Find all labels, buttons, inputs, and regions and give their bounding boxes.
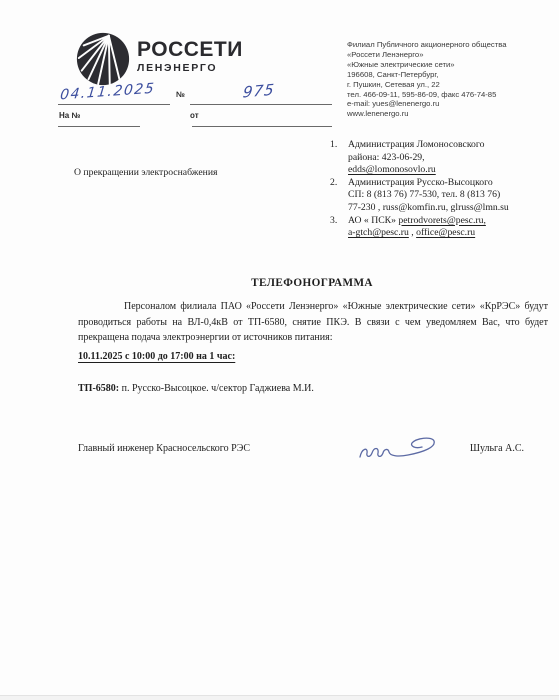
recipient-text: Администрация Ломоносовскогорайона: 423-… (348, 139, 556, 177)
recipient-text: Администрация Русско-ВысоцкогоСП: 8 (813… (348, 177, 556, 215)
number-underline (190, 104, 332, 105)
signature-row: Главный инженер Красносельского РЭС Шуль… (78, 443, 524, 454)
substation-label: ТП-6580: (78, 383, 119, 394)
org-address-line: «Россети Ленэнерго» (347, 50, 537, 60)
ref-from-label: от (190, 111, 199, 120)
org-address-line: Филиал Публичного акционерного общества (347, 40, 537, 50)
ref-number-label: На № (59, 111, 80, 120)
logo-brand-text: РОССЕТИ (137, 39, 243, 60)
handwritten-number: 975 (242, 80, 276, 101)
rosseti-logo: РОССЕТИ ЛЕНЭНЕРГО (137, 39, 243, 74)
org-address-line: www.lenenergo.ru (347, 109, 537, 119)
substation-line: ТП-6580: п. Русско-Высоцкое. ч/сектор Га… (78, 383, 314, 394)
signer-name: Шульга А.С. (470, 443, 524, 454)
recipient-list: 1.Администрация Ломоносовскогорайона: 42… (330, 139, 556, 240)
org-address-line: г. Пушкин, Сетевая ул., 22 (347, 80, 537, 90)
subject-line: О прекращении электроснабжения (74, 167, 217, 178)
email-text: office@pesc.ru (416, 227, 475, 238)
recipient-item: 3.АО « ПСК» petrodvorets@pesc.ru,a-gtch@… (330, 215, 556, 240)
ref-number-underline (58, 126, 140, 127)
logo-sub-text: ЛЕНЭНЕРГО (137, 63, 243, 74)
outage-period-line: 10.11.2025 с 10:00 до 17:00 на 1 час: (78, 351, 235, 362)
number-label: № (176, 90, 185, 99)
email-text: edds@lomonosovlo.ru (348, 164, 436, 175)
recipient-text: АО « ПСК» petrodvorets@pesc.ru,a-gtch@pe… (348, 215, 556, 240)
body-paragraph: Персоналом филиала ПАО «Россети Ленэнерг… (78, 299, 548, 346)
ref-from-underline (192, 126, 332, 127)
org-address-line: 196608, Санкт-Петербург, (347, 70, 537, 80)
email-text: petrodvorets@pesc.ru, (398, 215, 485, 226)
org-address-block: Филиал Публичного акционерного общества«… (347, 40, 537, 119)
org-address-line: тел. 466-09-11, 595-86-09, факс 476-74-8… (347, 90, 537, 100)
recipient-item: 1.Администрация Ломоносовскогорайона: 42… (330, 139, 556, 177)
email-text: a-gtch@pesc.ru (348, 227, 409, 238)
recipient-number: 2. (330, 177, 348, 215)
signature-handwriting-icon (352, 433, 444, 467)
scan-bottom-edge (0, 695, 559, 700)
rosseti-globe-icon (74, 29, 132, 87)
scanned-letter-page: { "page": { "ink_color": "#1e1e1e", "han… (0, 0, 559, 700)
document-title: ТЕЛЕФОНОГРАММА (78, 277, 546, 289)
substation-text: п. Русско-Высоцкое. ч/сектор Гаджиева М.… (119, 383, 314, 394)
recipient-number: 1. (330, 139, 348, 177)
signer-position: Главный инженер Красносельского РЭС (78, 443, 250, 454)
recipient-number: 3. (330, 215, 348, 240)
org-address-line: e-mail: yues@lenenergo.ru (347, 99, 537, 109)
recipient-item: 2.Администрация Русско-ВысоцкогоСП: 8 (8… (330, 177, 556, 215)
date-underline (58, 104, 170, 105)
org-address-line: «Южные электрические сети» (347, 60, 537, 70)
